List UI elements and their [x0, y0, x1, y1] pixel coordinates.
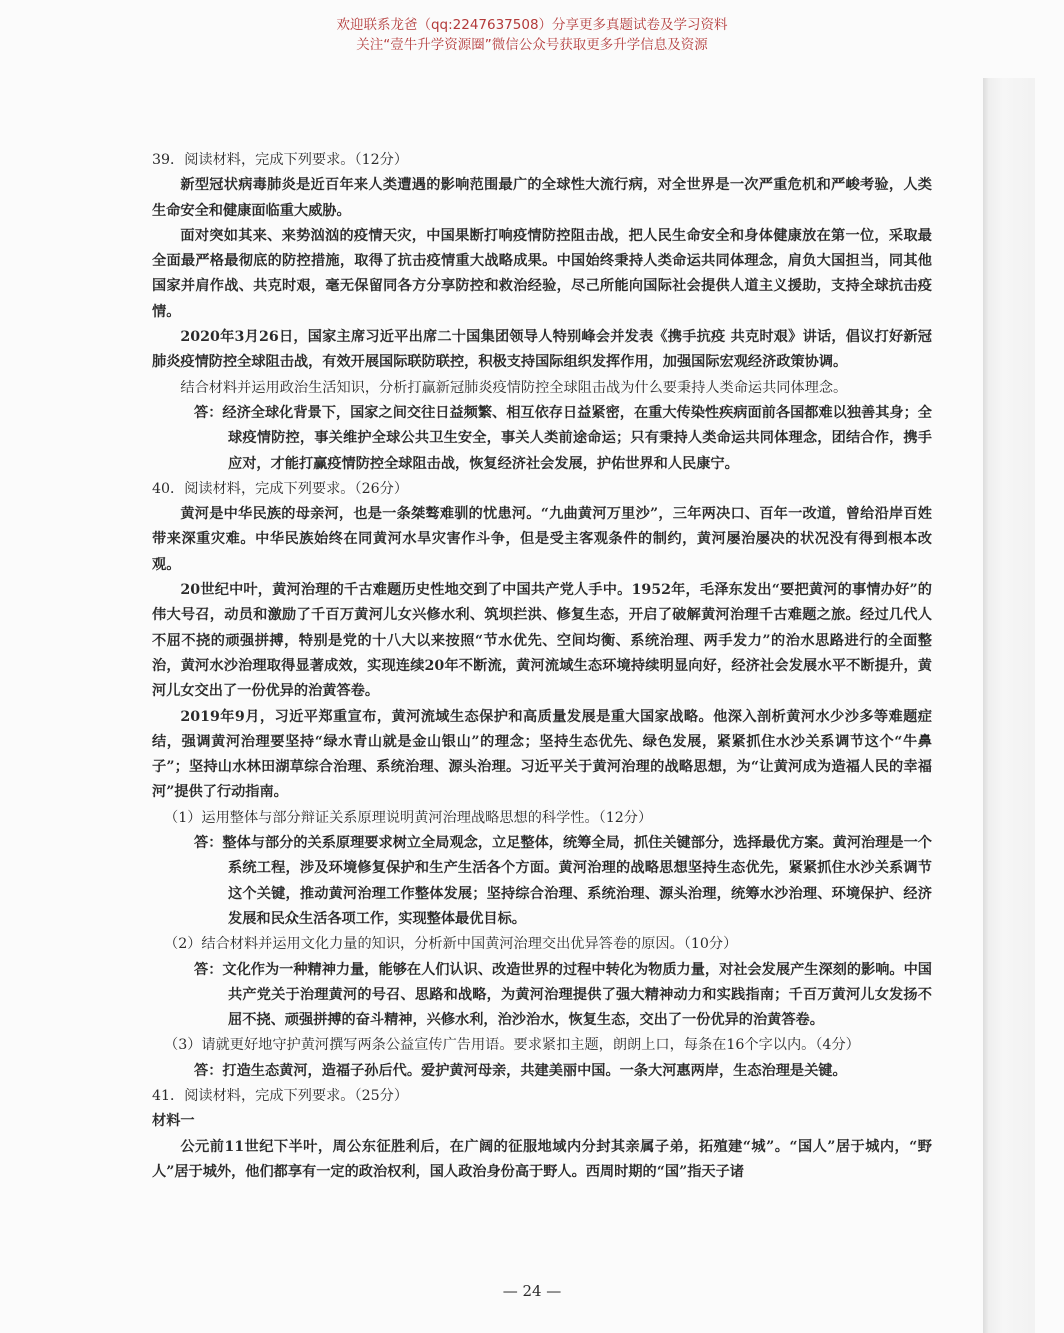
q39-paragraph: 面对突如其来、来势汹汹的疫情天灾，中国果断打响疫情防控阻击战，把人民生命安全和身… — [152, 224, 932, 325]
watermark: 欢迎联系龙爸（qq:2247637508）分享更多真题试卷及学习资料 关注“壹牛… — [0, 15, 1064, 55]
answer-text: 打造生态黄河，造福子孙后代。爱护黄河母亲，共建美丽中国。一条大河惠两岸，生态治理… — [222, 1063, 846, 1079]
q40-answer-1: 答：整体与部分的关系原理要求树立全局观念，立足整体，统筹全局，抓住关键部分，选择… — [194, 831, 932, 932]
watermark-line-2: 关注“壹牛升学资源圈”微信公众号获取更多升学信息及资源 — [0, 35, 1064, 55]
q39-answer: 答：经济全球化背景下，国家之间交往日益频繁、相互依存日益紧密，在重大传染性疾病面… — [194, 401, 932, 477]
answer-label: 答： — [194, 835, 222, 851]
document-page: 欢迎联系龙爸（qq:2247637508）分享更多真题试卷及学习资料 关注“壹牛… — [0, 0, 1064, 1333]
q39-question: 结合材料并运用政治生活知识，分析打赢新冠肺炎疫情防控全球阻击战为什么要秉持人类命… — [152, 376, 932, 401]
answer-text: 整体与部分的关系原理要求树立全局观念，立足整体，统筹全局，抓住关键部分，选择最优… — [222, 835, 932, 927]
answer-label: 答： — [194, 962, 222, 978]
q40-paragraph: 2019年9月，习近平郑重宣布，黄河流域生态保护和高质量发展是重大国家战略。他深… — [152, 705, 932, 806]
page-edge-shadow — [983, 78, 1035, 1333]
q39-paragraph: 2020年3月26日，国家主席习近平出席二十国集团领导人特别峰会并发表《携手抗疫… — [152, 325, 932, 376]
page-number: — 24 — — [0, 1282, 1064, 1300]
q41-material-label: 材料一 — [152, 1109, 932, 1134]
answer-label: 答： — [194, 405, 222, 421]
exam-content: 39．阅读材料，完成下列要求。（12分） 新型冠状病毒肺炎是近百年来人类遭遇的影… — [152, 148, 932, 1185]
q40-sub-question-2: （2）结合材料并运用文化力量的知识，分析新中国黄河治理交出优异答卷的原因。（10… — [164, 932, 932, 957]
q40-answer-3: 答：打造生态黄河，造福子孙后代。爱护黄河母亲，共建美丽中国。一条大河惠两岸，生态… — [194, 1059, 932, 1084]
q40-sub-question-1: （1）运用整体与部分辩证关系原理说明黄河治理战略思想的科学性。（12分） — [164, 806, 932, 831]
q40-paragraph: 20世纪中叶，黄河治理的千古难题历史性地交到了中国共产党人手中。1952年，毛泽… — [152, 578, 932, 704]
q40-paragraph: 黄河是中华民族的母亲河，也是一条桀骜难驯的忧患河。“九曲黄河万里沙”，三年两决口… — [152, 502, 932, 578]
answer-text: 文化作为一种精神力量，能够在人们认识、改造世界的过程中转化为物质力量，对社会发展… — [222, 962, 932, 1029]
q41-heading: 41．阅读材料，完成下列要求。（25分） — [152, 1084, 932, 1109]
q40-answer-2: 答：文化作为一种精神力量，能够在人们认识、改造世界的过程中转化为物质力量，对社会… — [194, 958, 932, 1034]
q39-paragraph: 新型冠状病毒肺炎是近百年来人类遭遇的影响范围最广的全球性大流行病，对全世界是一次… — [152, 173, 932, 224]
q40-heading: 40．阅读材料，完成下列要求。（26分） — [152, 477, 932, 502]
q41-paragraph: 公元前11世纪下半叶，周公东征胜利后，在广阔的征服地域内分封其亲属子弟，拓殖建“… — [152, 1135, 932, 1186]
answer-text: 经济全球化背景下，国家之间交往日益频繁、相互依存日益紧密，在重大传染性疾病面前各… — [222, 405, 932, 472]
answer-label: 答： — [194, 1063, 222, 1079]
q39-heading: 39．阅读材料，完成下列要求。（12分） — [152, 148, 932, 173]
watermark-line-1: 欢迎联系龙爸（qq:2247637508）分享更多真题试卷及学习资料 — [0, 15, 1064, 35]
q40-sub-question-3: （3）请就更好地守护黄河撰写两条公益宣传广告用语。要求紧扣主题，朗朗上口，每条在… — [164, 1033, 932, 1058]
